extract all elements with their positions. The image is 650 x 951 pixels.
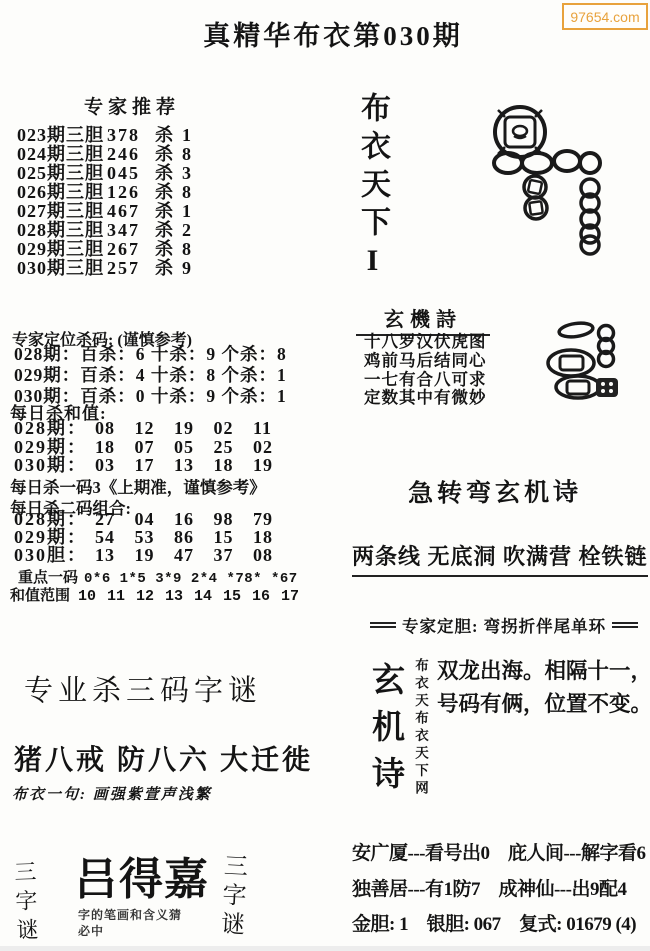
xuanji-poem: 十八罗汉伏虎图 鸡前马后结同心 一七有合八可求 定数其中有微妙 <box>364 333 487 408</box>
note-line: 必中 <box>78 923 182 939</box>
summary-line: 独善居---有1防7 成神仙---出9配4 <box>352 872 645 908</box>
sum-range-row: 和值范围10 11 12 13 14 15 16 17 <box>10 584 299 605</box>
dan-numbers: 126 <box>107 183 155 202</box>
list-item: 028期：08 12 19 02 11 <box>14 419 273 438</box>
kill-label: 杀 <box>155 183 182 202</box>
position-kill-list: 028期：百杀：6 十杀：9 个杀：8 029期：百杀：4 十杀：8 个杀：1 … <box>14 344 287 407</box>
expert-dan-header-text: 专家定胆: 弯拐折伴尾单环 <box>402 613 606 637</box>
watermark-link[interactable]: 97654.com <box>562 3 648 30</box>
expert-recommend-header: 专家推荐 <box>84 92 180 119</box>
table-row: 024期三胆246杀8 <box>17 145 202 164</box>
kill-label: 杀 <box>155 202 182 221</box>
buyi-sentence: 布衣一句: 画强紫萱声浅繁 <box>12 783 212 804</box>
issue-label: 023期三胆 <box>17 126 107 145</box>
poem-line: 鸡前马后结同心 <box>364 352 487 371</box>
number-values: 54 53 86 15 18 <box>95 527 273 547</box>
page-title: 真精华布衣第030期 <box>8 14 650 53</box>
dan-numbers: 267 <box>107 240 155 259</box>
issue-label: 030期： <box>14 455 87 475</box>
dan-numbers: 347 <box>107 221 155 240</box>
kill-number: 8 <box>182 145 202 164</box>
dan-numbers: 246 <box>107 145 155 164</box>
daily-two-kill-list: 028期：27 04 16 98 79 029期：54 53 86 15 18 … <box>14 511 273 564</box>
double-line-left <box>370 622 396 628</box>
note-line: 字的笔画和含义猜 <box>78 907 182 923</box>
sharp-turn-poem-title: 急转弯玄机诗 <box>408 472 582 510</box>
kill-number: 1 <box>182 126 202 145</box>
kill-label: 杀 <box>155 221 182 240</box>
list-item: 030期：03 17 13 18 19 <box>14 456 273 475</box>
double-line-right <box>612 622 638 628</box>
coin-seal-drawing <box>533 315 645 410</box>
dan-numbers: 257 <box>107 259 155 278</box>
number-values: 18 07 05 25 02 <box>95 437 273 457</box>
table-row: 028期三胆347杀2 <box>17 221 202 240</box>
kill-label: 杀 <box>155 259 182 278</box>
issue-label: 027期三胆 <box>17 202 107 221</box>
summary-line: 安广厦---看号出0 庇人间---解字看6 <box>352 836 645 872</box>
riddle-section-title: 专业杀三码字谜 <box>24 668 262 709</box>
poem-line: 定数其中有微妙 <box>364 389 487 408</box>
kill-label: 杀 <box>155 164 182 183</box>
expert-recommend-list: 023期三胆378杀1 024期三胆246杀8 025期三胆045杀3 026期… <box>17 126 202 278</box>
lottery-tip-sheet: { "colors": { "watermark_orange": "#E8A2… <box>0 0 650 951</box>
expert-dan-header: 专家定胆: 弯拐折伴尾单环 <box>370 613 638 637</box>
table-row: 029期三胆267杀8 <box>17 240 202 259</box>
sum-range-label: 和值范围 <box>10 588 70 604</box>
list-item: 028期：百杀：6 十杀：9 个杀：8 <box>14 344 287 365</box>
issue-label: 024期三胆 <box>17 145 107 164</box>
kill-number: 2 <box>182 221 202 240</box>
daily-sum-kill-list: 028期：08 12 19 02 11 029期：18 07 05 25 02 … <box>14 419 273 475</box>
list-item: 030胆：13 19 47 37 08 <box>14 547 273 565</box>
table-row: 030期三胆257杀9 <box>17 259 202 278</box>
kill-number: 1 <box>182 202 202 221</box>
poem-line: 号码有俩，位置不变。 <box>437 688 650 721</box>
kill-label: 杀 <box>155 240 182 259</box>
summary-line: 金胆: 1 银胆: 067 复式: 01679 (4) <box>352 907 645 943</box>
riddle-answer-line: 猪八戒 防八六 大迁徙 <box>14 738 313 778</box>
table-row: 026期三胆126杀8 <box>17 183 202 202</box>
issue-label: 026期三胆 <box>17 183 107 202</box>
kill-number: 9 <box>182 259 202 278</box>
number-values: 03 17 13 18 19 <box>95 455 273 475</box>
three-char-riddle-label-left: 三字谜 <box>8 859 42 947</box>
buyi-tianxia-title: 布衣天下I <box>350 92 394 285</box>
three-char-riddle-note: 字的笔画和含义猜 必中 <box>78 907 182 939</box>
dan-numbers: 378 <box>107 126 155 145</box>
number-values: 27 04 16 98 79 <box>95 509 273 529</box>
site-name-vertical: 布衣天布衣天下网 <box>410 658 430 798</box>
kill-number: 8 <box>182 183 202 202</box>
poem-line: 十八罗汉伏虎图 <box>364 333 487 352</box>
xuanji-poem-vertical-title: 玄机诗 <box>362 662 409 803</box>
poem-line: 双龙出海。相隔十一， <box>437 655 650 688</box>
issue-label: 028期： <box>14 418 87 438</box>
issue-label: 028期三胆 <box>17 221 107 240</box>
kill-label: 杀 <box>155 126 182 145</box>
number-values: 08 12 19 02 11 <box>95 418 272 438</box>
dan-numbers: 045 <box>107 164 155 183</box>
table-row: 027期三胆467杀1 <box>17 202 202 221</box>
issue-label: 025期三胆 <box>17 164 107 183</box>
poem-line: 一七有合八可求 <box>364 371 487 390</box>
table-row: 025期三胆045杀3 <box>17 164 202 183</box>
list-item: 029期：18 07 05 25 02 <box>14 438 273 457</box>
list-item: 029期：百杀：4 十杀：8 个杀：1 <box>14 365 287 386</box>
table-row: 023期三胆378杀1 <box>17 126 202 145</box>
bottom-summary: 安广厦---看号出0 庇人间---解字看6 独善居---有1防7 成神仙---出… <box>352 836 645 943</box>
scan-edge-strip <box>0 946 650 951</box>
issue-label: 030期三胆 <box>17 259 107 278</box>
number-values: 13 19 47 37 08 <box>95 545 273 565</box>
issue-label: 029期三胆 <box>17 240 107 259</box>
expert-dan-poem: 双龙出海。相隔十一， 号码有俩，位置不变。 <box>437 655 650 721</box>
kill-label: 杀 <box>155 145 182 164</box>
issue-label: 029期： <box>14 437 87 457</box>
issue-label: 030胆： <box>14 545 87 565</box>
three-char-riddle-label-right: 三字谜 <box>212 852 252 941</box>
three-char-riddle-answer: 吕得嘉 <box>74 843 209 907</box>
kill-number: 3 <box>182 164 202 183</box>
coin-puzzle-drawing <box>490 93 650 263</box>
dan-numbers: 467 <box>107 202 155 221</box>
sharp-turn-poem-line: 两条线 无底洞 吹满营 栓铁链 <box>352 540 648 577</box>
kill-number: 8 <box>182 240 202 259</box>
sum-range-values: 10 11 12 13 14 15 16 17 <box>78 588 299 605</box>
